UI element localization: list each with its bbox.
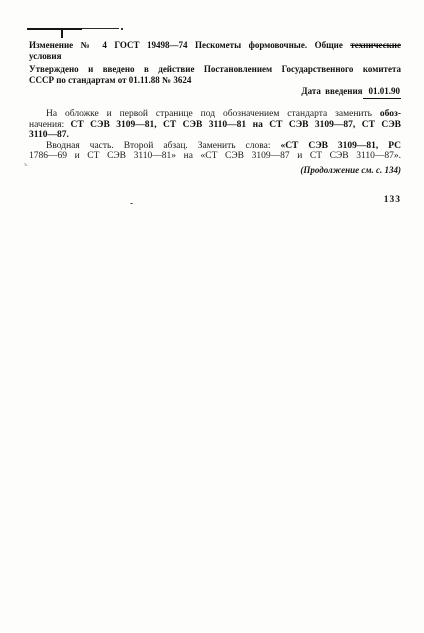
effective-date-label: Дата введения (301, 86, 362, 96)
scan-artifact-center: - (130, 198, 133, 208)
paragraph1-line3: 3110—87. (29, 130, 401, 141)
top-rule-thick (27, 28, 82, 30)
amendment-text-block: Изменение № 4 ГОСТ 19498—74 Пескометы фо… (29, 40, 401, 175)
amendment-title-line1: Изменение № 4 ГОСТ 19498—74 Пескометы фо… (29, 40, 401, 51)
continuation-note: (Продолжение см. с. 134) (29, 165, 401, 175)
top-rule-thin (82, 28, 119, 29)
paragraph1-line1-text: На обложке и первой странице под обознач… (46, 109, 372, 119)
approval-statement-line1: Утверждено и введено в действие Постанов… (29, 64, 401, 75)
top-rule-tick (61, 30, 63, 38)
page-number: 133 (384, 195, 401, 205)
amendment-title-struck-word: технические (350, 40, 401, 50)
paragraph1-line2: начения: СТ СЭВ 3109—81, СТ СЭВ 3110—81 … (29, 120, 401, 131)
effective-date-line: Дата введения01.01.90 (29, 86, 401, 99)
scan-artifact-left: ъ. (24, 162, 29, 168)
paragraph2-line1-designation: «СТ СЭВ 3109—81, РС (280, 141, 401, 151)
amendment-title-text: Изменение № 4 ГОСТ 19498—74 Пескометы фо… (29, 40, 343, 50)
effective-date-value: 01.01.90 (363, 86, 402, 99)
paragraph2-line1-text: Вводная часть. Второй абзац. Заменить сл… (46, 141, 270, 151)
paragraph1-line2-designations: СТ СЭВ 3109—81, СТ СЭВ 3110—81 на СТ СЭВ… (71, 120, 401, 130)
paragraph2-line1: Вводная часть. Второй абзац. Заменить сл… (29, 141, 401, 152)
paragraph2-line2: 1786—69 и СТ СЭВ 3110—81» на «СТ СЭВ 310… (29, 151, 401, 162)
paragraph1-line2-text: начения: (29, 120, 64, 130)
approval-statement-line2: СССР по стандартам от 01.11.88 № 3624 (29, 75, 401, 86)
top-rule-dot (121, 28, 123, 30)
amendment-title-line2: условия (29, 51, 401, 62)
paragraph1-line1: На обложке и первой странице под обознач… (29, 109, 401, 120)
scanned-document-page: Изменение № 4 ГОСТ 19498—74 Пескометы фо… (0, 0, 424, 633)
paragraph1-line1-designation: обоз- (380, 109, 401, 119)
